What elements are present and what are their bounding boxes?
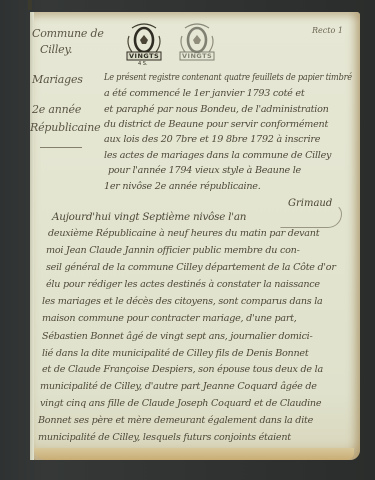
preamble-line: pour l'année 1794 vieux style à Beaune l… (108, 165, 301, 176)
preamble-line: et paraphé par nous Bondeu, de l'adminis… (104, 104, 329, 115)
record-line: Sébastien Bonnet âgé de vingt sept ans, … (42, 331, 313, 342)
preamble-line: du district de Beaune pour servir confor… (104, 119, 328, 130)
margin-year-line1: 2e année (32, 104, 81, 116)
margin-commune-line2: Cilley. (40, 44, 72, 56)
record-line: maison commune pour contracter mariage, … (42, 313, 297, 324)
stamp-value: 4 S. (138, 61, 148, 67)
stamp-label: VINGTS (129, 52, 159, 60)
record-line: les mariages et le décès des citoyens, s… (42, 296, 323, 307)
revenue-stamp-icon: VINGTS 4 S. (123, 18, 165, 70)
record-line: Bonnet ses père et mère demeurant égalem… (38, 415, 313, 426)
record-line: Aujourd'hui vingt Septième nivôse l'an (52, 211, 246, 223)
preamble-line: a été commencé le 1er janvier 1793 coté … (104, 88, 304, 99)
margin-section: Mariages (32, 74, 83, 86)
preamble-line: les actes de mariages dans la commune de… (104, 150, 331, 161)
record-line: municipalité de Cilley, d'autre part Jea… (40, 381, 317, 392)
margin-commune-line1: Commune de (32, 28, 104, 40)
signature-flourish (280, 204, 342, 228)
record-line: municipalité de Cilley, lesquels futurs … (38, 432, 291, 443)
record-line: moi Jean Claude Jannin officier public m… (46, 245, 300, 256)
binding-mark (28, 0, 32, 10)
margin-year-line2: Républicaine (30, 122, 100, 134)
preamble-line: aux lois des 20 7bre et 19 8bre 1792 à i… (104, 134, 320, 145)
preamble-line: Le présent registre contenant quatre feu… (104, 72, 352, 83)
record-line: élu pour rédiger les actes destinés à co… (46, 279, 320, 290)
folio-number: Recto 1 (312, 26, 343, 35)
record-line: et de Claude Françoise Despiers, son épo… (42, 364, 323, 375)
stamp-label: VINGTS (182, 52, 212, 60)
record-line: deuxième Républicaine à neuf heures du m… (48, 228, 319, 239)
margin-divider (40, 147, 82, 148)
record-line: seil général de la commune Cilley départ… (46, 262, 336, 273)
record-line: vingt cinq ans fille de Claude Joseph Co… (40, 398, 321, 409)
revenue-stamp-faded-icon: VINGTS (176, 18, 218, 70)
preamble-line: 1er nivôse 2e année républicaine. (104, 181, 261, 192)
worn-bottom-edge (34, 448, 354, 460)
record-line: lié dans la dite municipalité de Cilley … (42, 348, 308, 359)
